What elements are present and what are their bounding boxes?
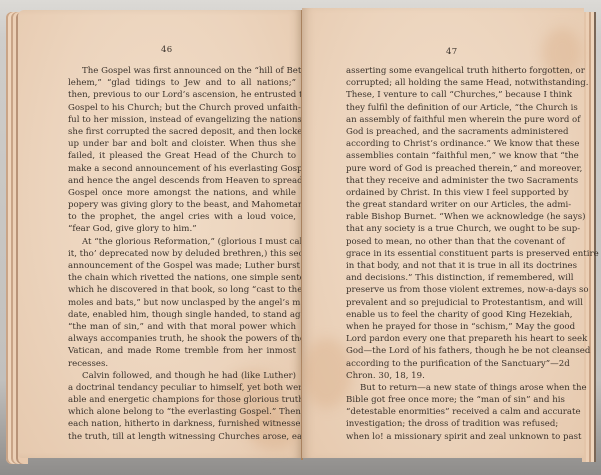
text-line: assemblies contain “faithful men,” we kn… bbox=[346, 150, 552, 162]
text-line: investigation; the dross of tradition wa… bbox=[346, 418, 552, 430]
text-line: announcement of the Gospel was made; Lut… bbox=[68, 260, 296, 272]
text-line: each nation, hitherto in darkness, furni… bbox=[68, 418, 296, 430]
text-line: which he discovered in that book, so lon… bbox=[68, 284, 296, 296]
text-line: moles and bats,” but now unclasped by th… bbox=[68, 297, 296, 309]
text-line: failed, it pleased the Great Head of the… bbox=[68, 150, 296, 162]
text-line: corrupted; all holding the same Head, no… bbox=[346, 77, 552, 89]
text-line: to the prophet, the angel cries with a l… bbox=[68, 211, 296, 223]
text-line: Vatican, and made Rome tremble from her … bbox=[68, 345, 296, 357]
text-line: according to Christ’s ordinance.” We kno… bbox=[346, 138, 552, 150]
text-line: asserting some evangelical truth hithert… bbox=[346, 65, 552, 77]
text-line: when he prayed for those in “schism,” Ma… bbox=[346, 321, 552, 333]
text-line: that they receive and administer the two… bbox=[346, 175, 552, 187]
text-line: make a second announcement of his everla… bbox=[68, 163, 296, 175]
text-line: ordained by Christ. In this view I feel … bbox=[346, 187, 552, 199]
text-line: grace in its essential constituent parts… bbox=[346, 248, 552, 260]
text-line: Lord pardon every one that prepareth his… bbox=[346, 333, 552, 345]
text-line: the chain which rivetted the nations, on… bbox=[68, 272, 296, 284]
text-line: and hence the angel descends from Heaven… bbox=[68, 175, 296, 187]
right-page: 47 asserting some evangelical truth hith… bbox=[302, 8, 584, 458]
left-page-text: The Gospel was first announced on the “h… bbox=[68, 65, 296, 443]
right-page-text: asserting some evangelical truth hithert… bbox=[346, 65, 552, 443]
text-line: according to the purification of the San… bbox=[346, 358, 552, 370]
text-line: Chron. 30, 18, 19. bbox=[346, 370, 552, 382]
text-line: pure word of God is preached therein,” a… bbox=[346, 163, 552, 175]
open-book: 46 The Gospel was first announced on the… bbox=[6, 10, 596, 466]
page-number-left: 46 bbox=[161, 45, 172, 55]
text-line: preserve us from those violent extremes,… bbox=[346, 284, 552, 296]
text-line: always accompanies truth, he shook the p… bbox=[68, 333, 296, 345]
text-line: rable Bishop Burnet. “When we acknowledg… bbox=[346, 211, 552, 223]
text-line: up under bar and bolt and cloister. When… bbox=[68, 138, 296, 150]
text-line: enable us to feel the charity of good Ki… bbox=[346, 309, 552, 321]
text-line: God—the Lord of his fathers, though he b… bbox=[346, 345, 552, 357]
text-line: the truth, till at length witnessing Chu… bbox=[68, 431, 296, 443]
text-line: “the man of sin,” and with that moral po… bbox=[68, 321, 296, 333]
text-line: Bible got free once more; the “man of si… bbox=[346, 394, 552, 406]
text-line: she first corrupted the sacred deposit, … bbox=[68, 126, 296, 138]
text-line: able and energetic champions for those g… bbox=[68, 394, 296, 406]
text-line: when lo! a missionary spirit and zeal un… bbox=[346, 431, 552, 443]
text-line: an assembly of faithful men wherein the … bbox=[346, 114, 552, 126]
text-line: the great standard writer on our Article… bbox=[346, 199, 552, 211]
page-number-right: 47 bbox=[446, 47, 457, 57]
text-line: popery was giving glory to the beast, an… bbox=[68, 199, 296, 211]
text-line: in that body, and not that it is true in… bbox=[346, 260, 552, 272]
text-line: “detestable enormities” received a calm … bbox=[346, 406, 552, 418]
water-stain bbox=[302, 338, 352, 408]
text-line: But to return—a new state of things aros… bbox=[346, 382, 552, 394]
text-line: ful to her mission, instead of evangeliz… bbox=[68, 114, 296, 126]
text-line: that any society is a true Church, we ou… bbox=[346, 223, 552, 235]
left-page: 46 The Gospel was first announced on the… bbox=[18, 10, 302, 458]
text-line: recesses. bbox=[68, 358, 296, 370]
text-line: God is preached, and the sacraments admi… bbox=[346, 126, 552, 138]
text-line: which alone belong to “the everlasting G… bbox=[68, 406, 296, 418]
text-line: date, enabled him, though single handed,… bbox=[68, 309, 296, 321]
text-line: Gospel to his Church; but the Church pro… bbox=[68, 102, 296, 114]
text-line: posed to mean, no other than that the co… bbox=[346, 236, 552, 248]
text-line: then, previous to our Lord’s ascension, … bbox=[68, 89, 296, 101]
text-line: “fear God, give glory to him.” bbox=[68, 223, 296, 235]
text-line: Gospel once more amongst the nations, an… bbox=[68, 187, 296, 199]
text-line: At “the glorious Reformation,” (glorious… bbox=[68, 236, 296, 248]
text-line: it, tho’ deprecated now by deluded breth… bbox=[68, 248, 296, 260]
text-line: and decisions.” This distinction, if rem… bbox=[346, 272, 552, 284]
text-line: prevalent and so prejudicial to Protesta… bbox=[346, 297, 552, 309]
text-line: a doctrinal tendancy peculiar to himself… bbox=[68, 382, 296, 394]
text-line: The Gospel was first announced on the “h… bbox=[68, 65, 296, 77]
text-line: These, I venture to call “Churches,” bec… bbox=[346, 89, 552, 101]
text-line: Calvin followed, and though he had (like… bbox=[68, 370, 296, 382]
text-line: lehem,” “glad tidings to Jew and to all … bbox=[68, 77, 296, 89]
text-line: they fulfil the definition of our Articl… bbox=[346, 102, 552, 114]
